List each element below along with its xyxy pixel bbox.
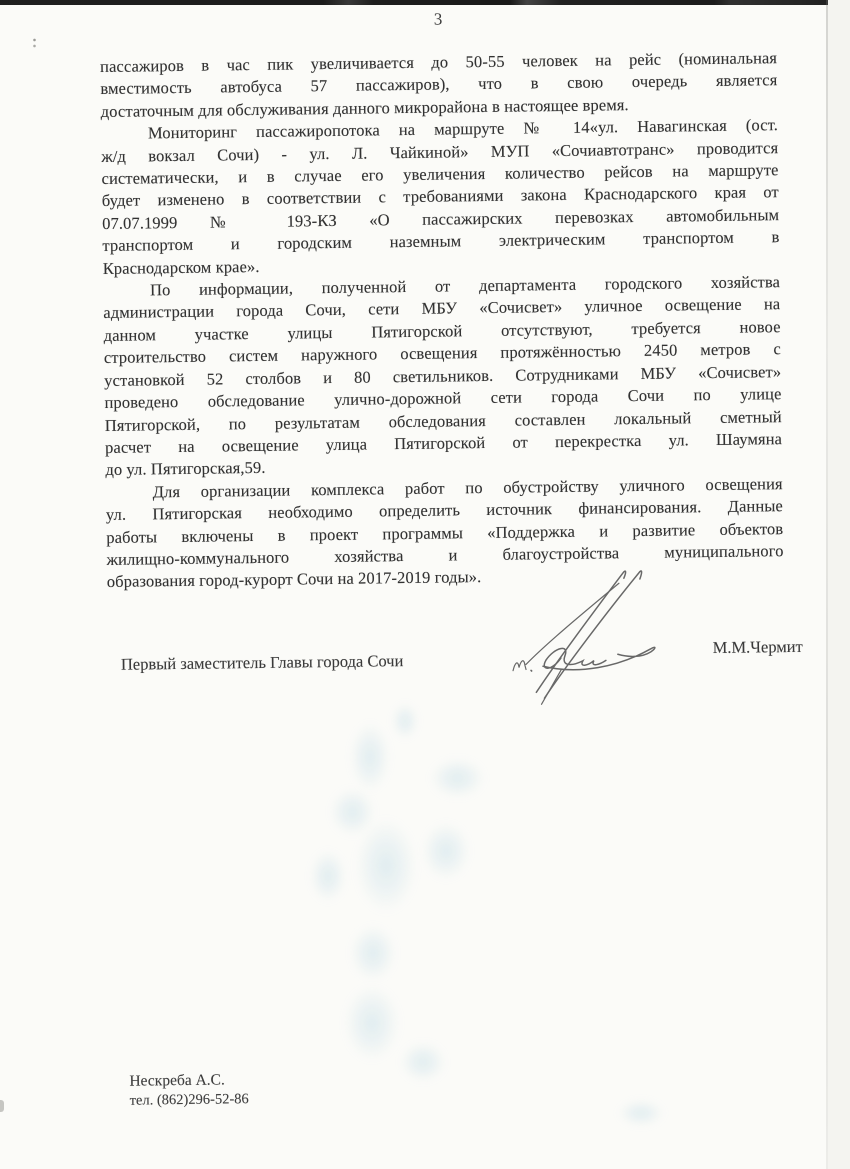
document-content: 3 пассажиров в час пик увеличивается до … — [99, 0, 791, 1169]
handwritten-signature — [492, 560, 694, 713]
scan-speck — [0, 1100, 4, 1112]
scan-right-edge-shade — [828, 0, 850, 1169]
scan-speck — [33, 38, 36, 48]
signer-name: М.М.Чермит — [713, 637, 803, 658]
page-number: 3 — [99, 5, 776, 34]
document-body: пассажиров в час пик увеличивается до 50… — [100, 47, 784, 594]
scan-fold-line — [826, 0, 828, 1169]
executor-name: Нескреба А.С. — [129, 1070, 248, 1092]
signer-position: Первый заместитель Главы города Сочи — [121, 651, 404, 674]
scanned-document-page: 3 пассажиров в час пик увеличивается до … — [0, 0, 850, 1169]
executor-contact: Нескреба А.С. тел. (862)296-52-86 — [129, 1070, 249, 1110]
executor-phone: тел. (862)296-52-86 — [130, 1090, 249, 1110]
